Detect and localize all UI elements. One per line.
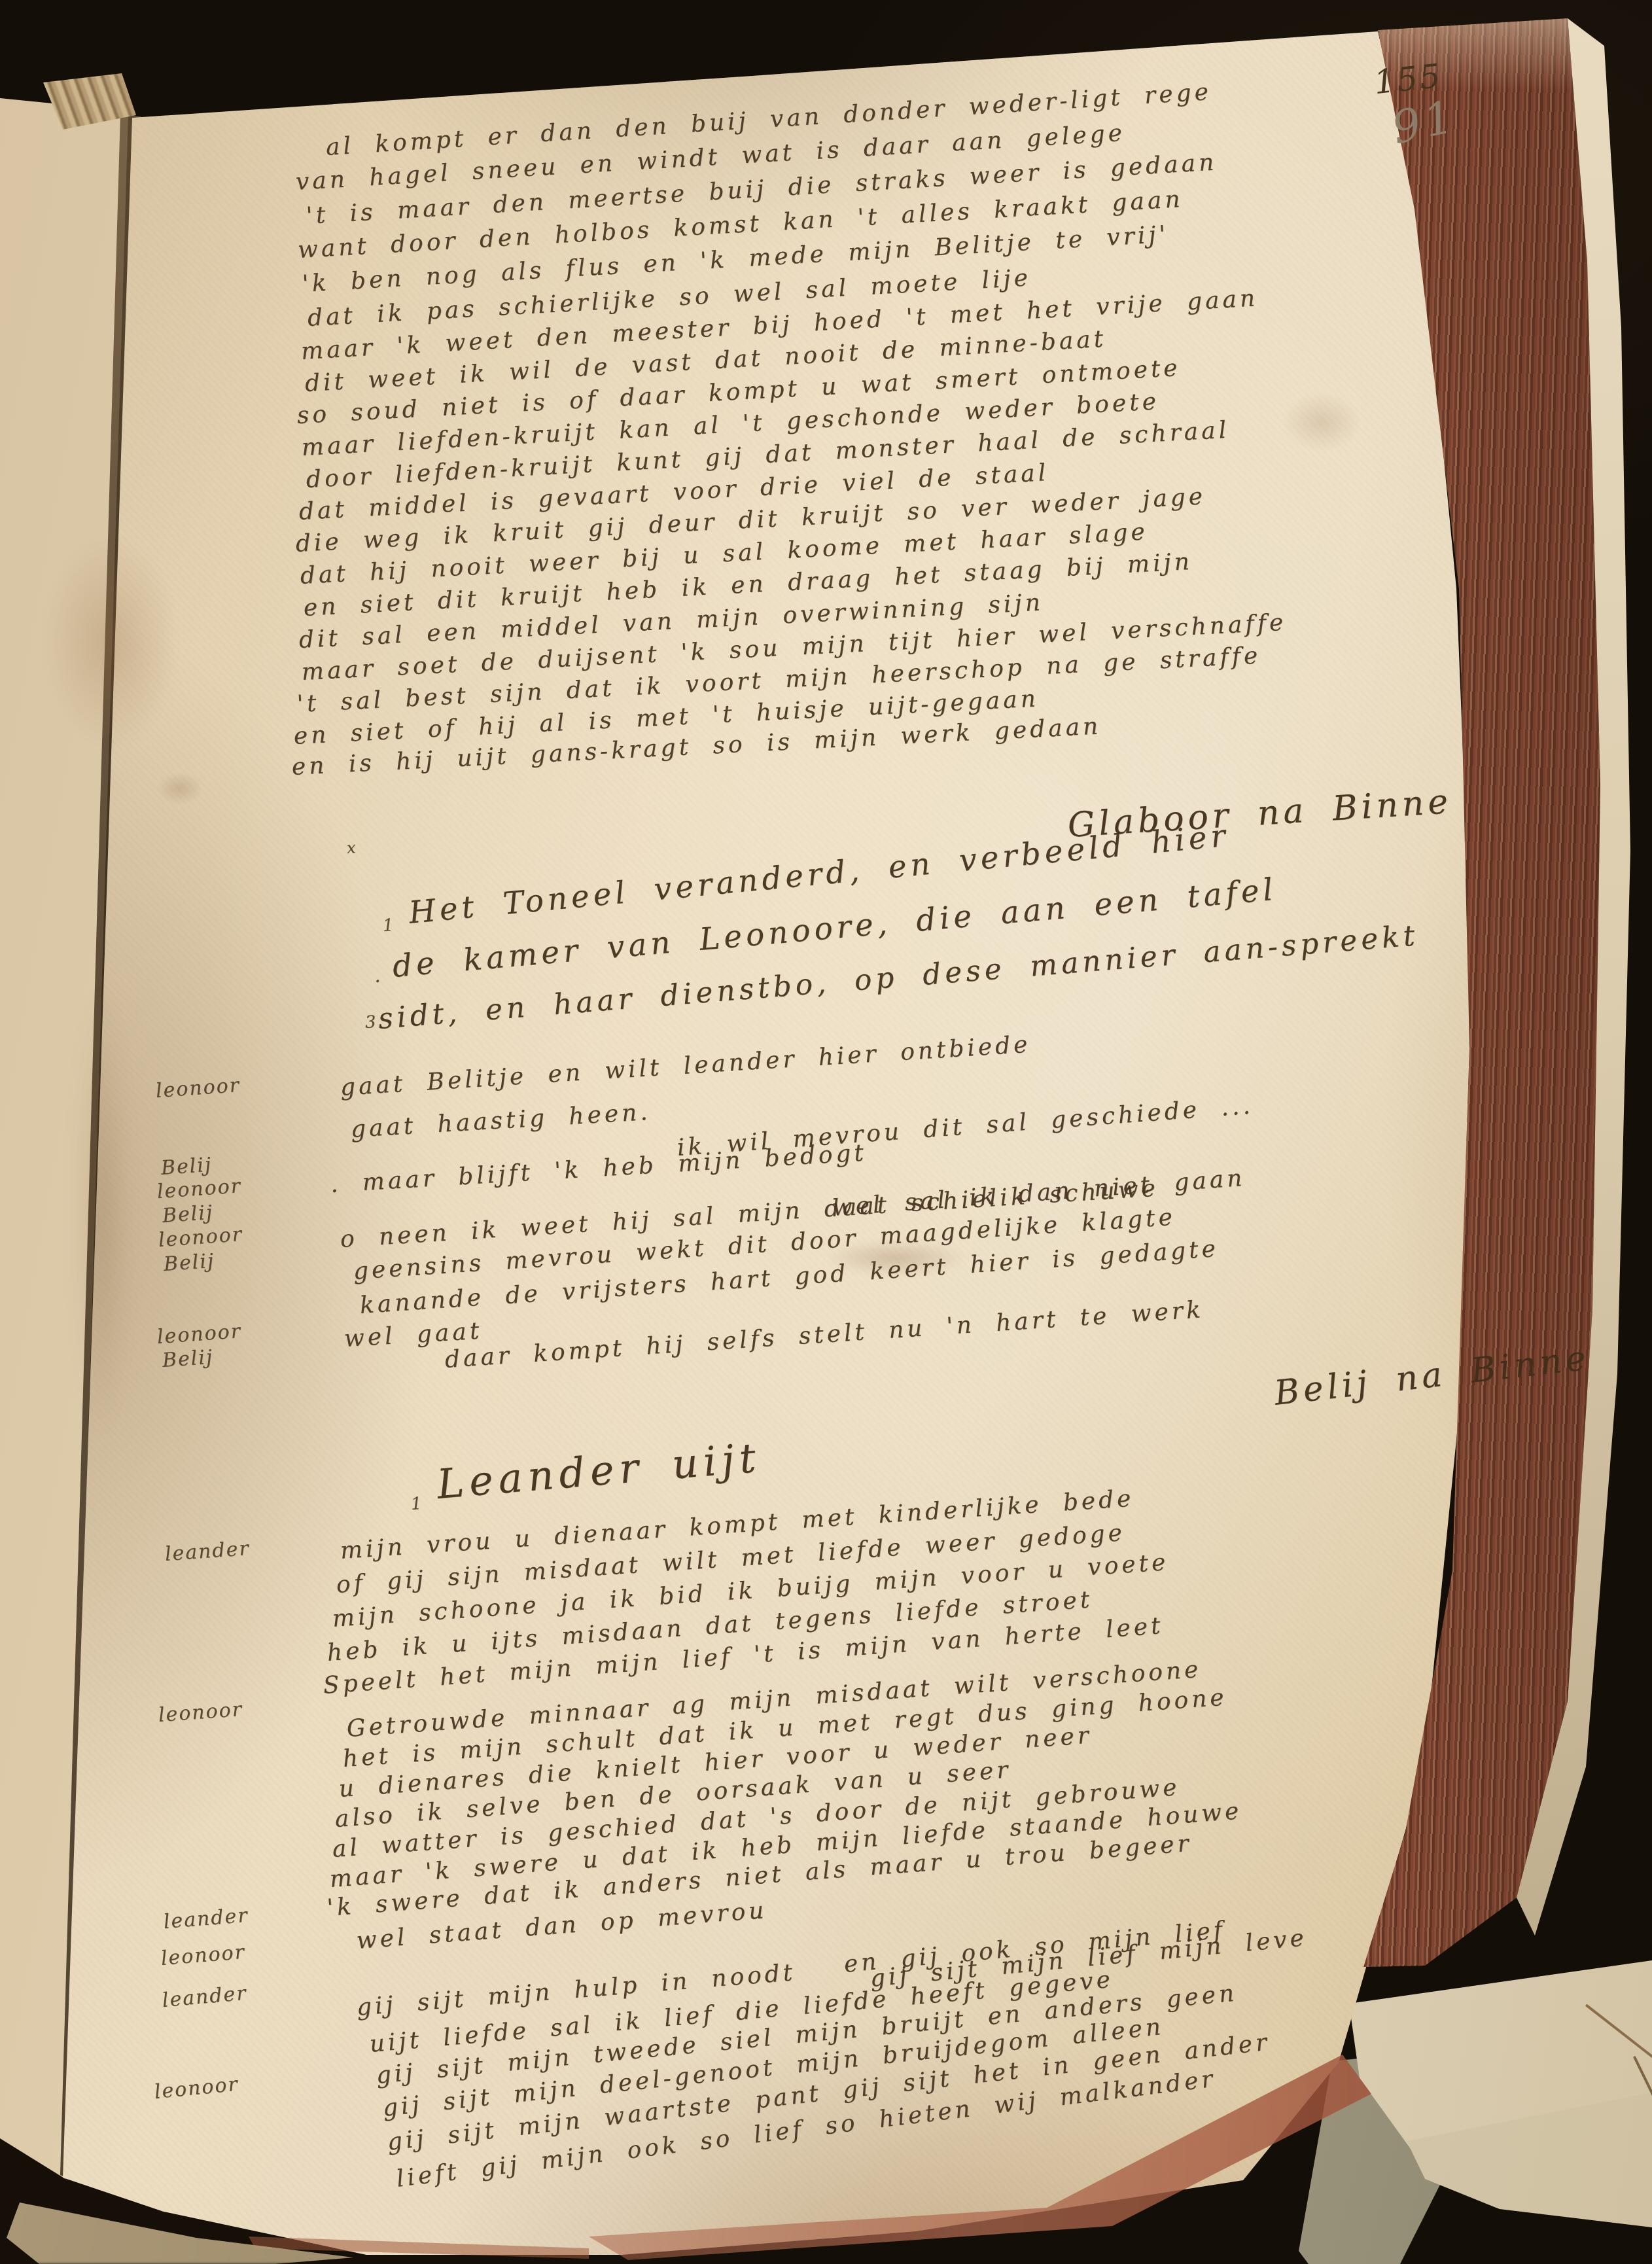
- speaker-label: leander: [161, 1982, 247, 2012]
- speaker-label: leonoor: [160, 1941, 247, 1970]
- speaker-label: leonoor: [158, 1698, 243, 1727]
- speaker-label: leonoor: [158, 1223, 243, 1252]
- manuscript-line: Leander uijt: [435, 1434, 763, 1508]
- speaker-label: leonoor: [156, 1320, 242, 1349]
- manuscript-text-layer: 155 91 al kompt er dan den buij van dond…: [0, 0, 1652, 2264]
- manuscript-line: 1: [410, 1494, 422, 1514]
- manuscript-line: Belij na Binne: [1273, 1338, 1592, 1413]
- speaker-label: Belij: [163, 1250, 216, 1276]
- page-number-pencil: 91: [1388, 91, 1462, 155]
- manuscript-line: daar kompt hij selfs stelt nu 'n hart te…: [444, 1296, 1204, 1373]
- speaker-label: Belij: [162, 1201, 215, 1228]
- speaker-label: leonoor: [155, 1074, 241, 1103]
- manuscript-line: 3: [364, 1012, 376, 1033]
- speaker-label: leander: [163, 1904, 249, 1934]
- manuscript-line: 1: [382, 915, 394, 936]
- manuscript-photo: 155 91 al kompt er dan den buij van dond…: [0, 0, 1652, 2264]
- speaker-label: leander: [164, 1537, 251, 1566]
- manuscript-line: .: [374, 964, 381, 987]
- manuscript-line: x: [346, 838, 356, 857]
- manuscript-line: gaat Belitje en wilt leander hier ontbie…: [340, 1031, 1032, 1101]
- speaker-label: Belij: [162, 1346, 215, 1372]
- speaker-label: leonoor: [153, 2073, 239, 2104]
- speaker-label: Belij: [160, 1154, 213, 1180]
- manuscript-line: . maar blijft 'k heb mijn bedogt: [330, 1139, 868, 1198]
- manuscript-line: gaat haastig heen.: [350, 1099, 652, 1143]
- speaker-label: leonoor: [156, 1175, 242, 1203]
